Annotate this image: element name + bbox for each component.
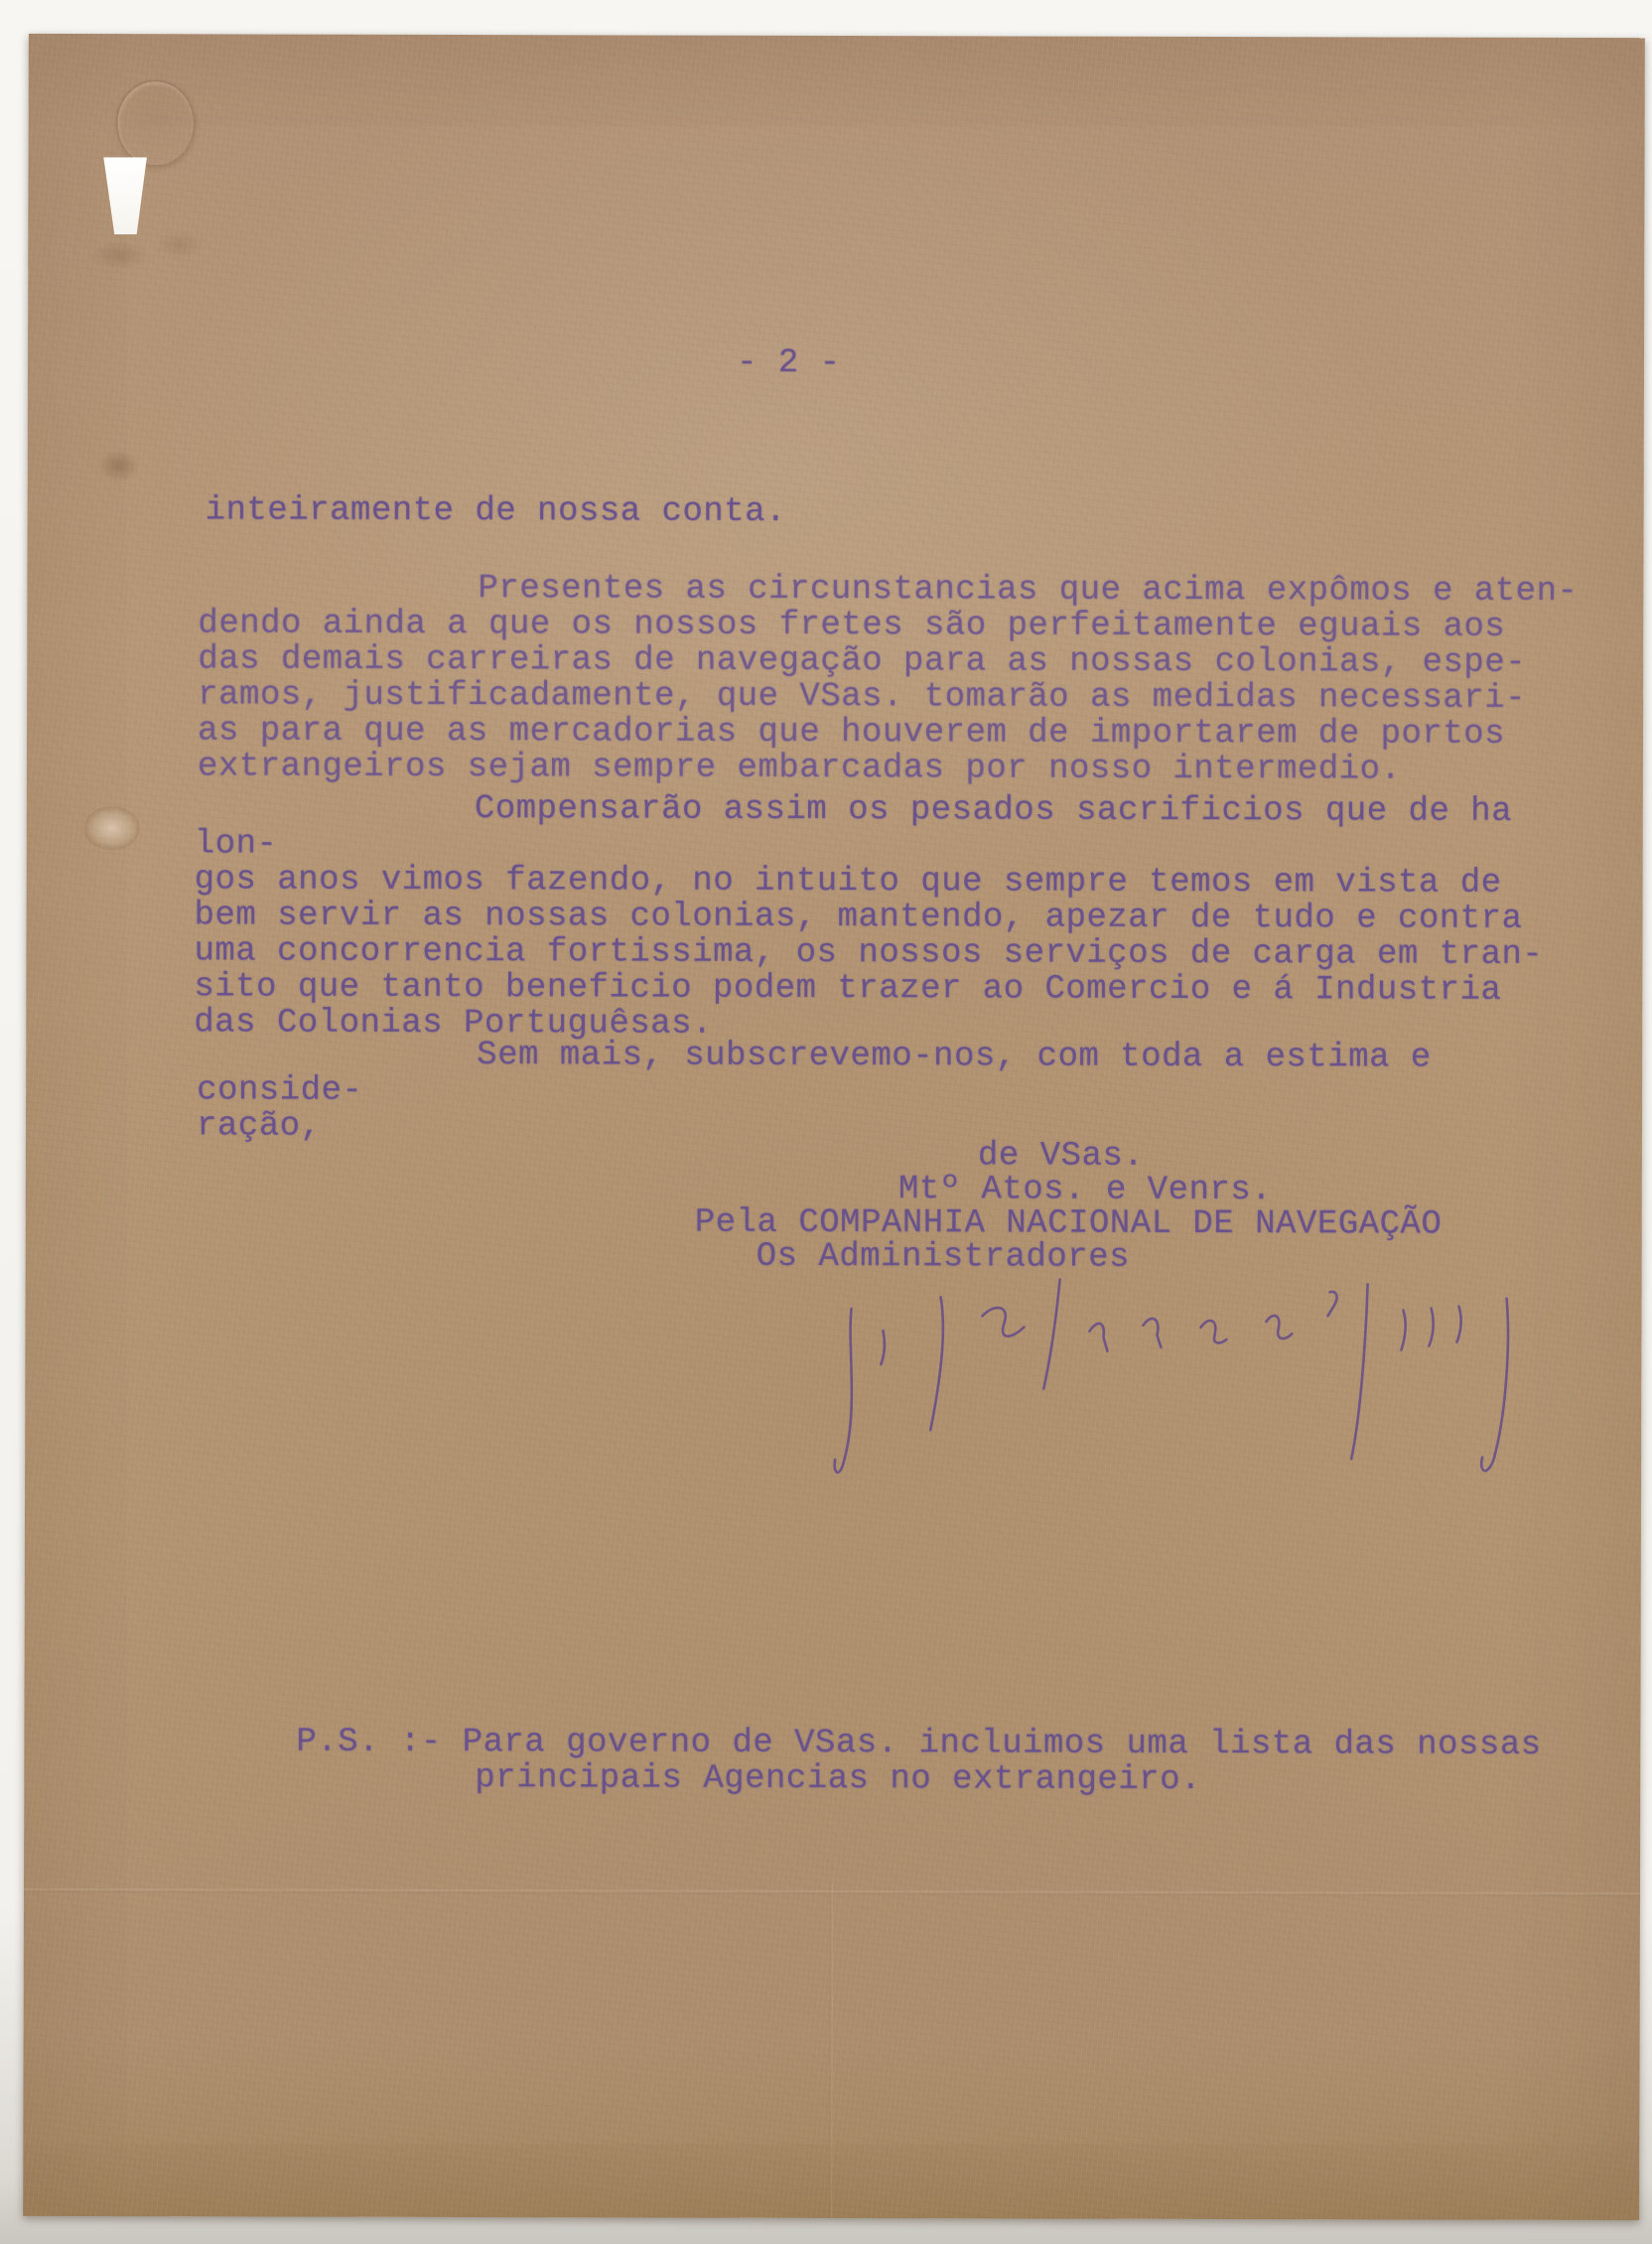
paragraph-2: Presentes as circunstancias que acima ex… — [198, 570, 1579, 788]
paper-crease-vertical — [829, 1883, 833, 2218]
paragraph-continuation: inteiramente de nossa conta. — [206, 492, 786, 530]
scanned-letter-page: { "document": { "page_number": "- 2 -", … — [0, 0, 1652, 2244]
punch-emboss-mark — [116, 79, 196, 167]
page-number: - 2 - — [737, 346, 841, 381]
signature-line-company: Pela COMPANHIA NACIONAL DE NAVEGAÇÃO — [695, 1205, 1443, 1243]
paragraph-3: Compensarão assim os pesados sacrificios… — [194, 790, 1584, 1045]
signature-line-de-vsas: de VSas. — [978, 1138, 1144, 1174]
handwritten-signature — [823, 1261, 1559, 1481]
paper-stain — [89, 240, 149, 270]
paper-stain — [97, 449, 141, 483]
punch-hole — [96, 157, 152, 234]
signature-line-salutation: Mtº Atos. e Venrs. — [898, 1172, 1272, 1208]
paper-sheet: - 2 - inteiramente de nossa conta. Prese… — [23, 34, 1645, 2220]
paper-stain — [84, 806, 140, 850]
postscript: P.S. :- Para governo de VSas. incluimos … — [296, 1725, 1652, 1800]
paper-stain — [155, 230, 205, 258]
closing-paragraph: Sem mais, subscrevemo-nos, com toda a es… — [197, 1037, 1577, 1148]
